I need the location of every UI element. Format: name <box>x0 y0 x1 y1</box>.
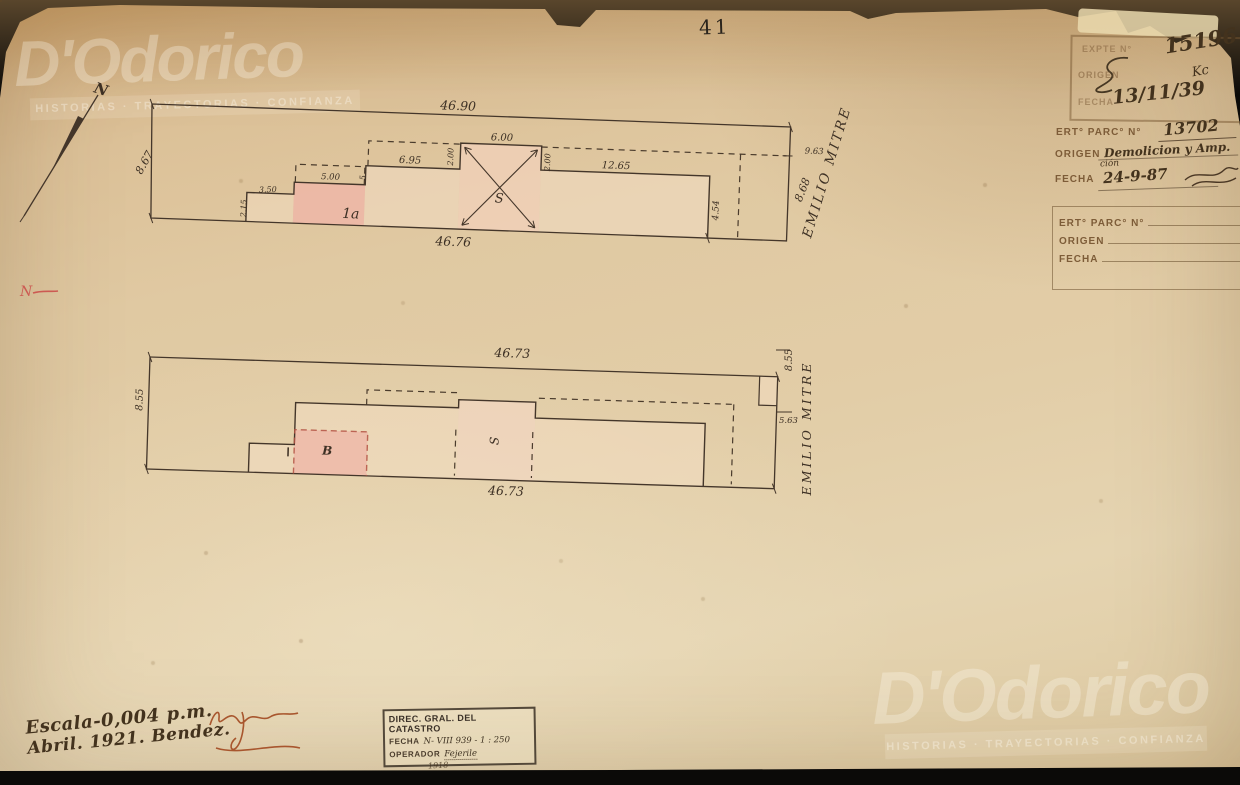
plan-drawing: N N <box>0 0 1240 785</box>
blank-number-label: ERT° PARC° N° <box>1059 218 1144 229</box>
lower-dim-top: 46.73 <box>493 345 530 361</box>
scanned-cadastral-plan: D'Odorico HISTORIAS · TRAYECTORIAS · CON… <box>0 0 1240 785</box>
entry-number-label: EXPTE N° <box>1082 44 1132 54</box>
red-n-dash <box>33 291 58 293</box>
upper-dim-s-left: 2.00 <box>446 148 456 167</box>
lower-plan: B S 46.73 46.73 8.55 <box>132 334 780 507</box>
upper-dim-room-width: 5.00 <box>321 172 341 183</box>
catastro-operador-value: Fejerile <box>444 749 477 761</box>
blank-origen-line <box>1108 233 1240 244</box>
red-margin-note: N <box>19 284 58 300</box>
lower-red-room-label: B <box>321 443 333 457</box>
upper-dim-s-right: 2.00 <box>543 153 553 172</box>
catastro-fecha-value: N- VIII 939 - 1 : 250 <box>424 735 510 747</box>
lower-dim-bottom: 46.73 <box>487 483 524 499</box>
upper-dim-step-height: 2.15 <box>239 199 249 218</box>
lower-dim-right: 8.55 <box>784 349 795 371</box>
upper-dim-step-width: 3.50 <box>259 185 277 195</box>
red-n-label: N <box>19 284 33 300</box>
upper-plan: 46.90 46.76 8.67 9.63 2.15 3.50 5.00 5 6… <box>130 86 825 262</box>
upper-dim-left: 8.67 <box>133 149 156 177</box>
upper-dim-long-width: 12.65 <box>602 160 631 172</box>
upper-dim-bottom: 46.76 <box>434 233 471 249</box>
north-arrow-feather <box>50 116 84 174</box>
upper-dim-top: 46.90 <box>439 97 476 113</box>
upper-street-label: EMILIO MITRE <box>799 104 855 241</box>
upper-red-room-label: 1a <box>342 206 360 223</box>
blank-stamp-box: ERT° PARC° N° ORIGEN FECHA <box>1052 206 1240 290</box>
lower-dim-right-small: 5.63 <box>779 416 798 426</box>
catastro-fecha-label: FECHA <box>389 737 420 747</box>
upper-s-room-label: S <box>495 191 505 206</box>
catastro-stamp-box: DIREC. GRAL. DEL CATASTRO FECHA N- VIII … <box>383 707 537 768</box>
parcel-fecha-label: FECHA <box>1055 174 1094 185</box>
upper-dim-s-width: 6.00 <box>491 132 514 144</box>
blank-fecha-label: FECHA <box>1059 254 1098 265</box>
blank-fecha-line <box>1102 251 1240 262</box>
entry-origen-label: ORIGEN <box>1078 70 1120 80</box>
catastro-title: DIREC. GRAL. DEL CATASTRO <box>389 712 530 734</box>
north-arrow: N <box>20 78 112 222</box>
catastro-operador-label: OPERADOR <box>389 749 440 759</box>
lower-dim-left: 8.55 <box>134 388 146 411</box>
upper-dim-mid-width: 6.95 <box>399 155 422 167</box>
blank-origen-label: ORIGEN <box>1059 236 1104 247</box>
parcel-number-label: ERT° PARC° N° <box>1056 127 1141 138</box>
parcel-origen-label: ORIGEN <box>1055 149 1100 160</box>
upper-dim-tiny: 5 <box>358 175 367 180</box>
north-label: N <box>91 78 112 100</box>
upper-dim-right-small: 9.63 <box>805 146 824 157</box>
lower-street-label: EMILIO MITRE <box>799 361 814 497</box>
entry-fecha-label: FECHA <box>1078 97 1114 107</box>
blank-number-line <box>1148 215 1240 226</box>
lower-s-room-label: S <box>487 437 501 446</box>
upper-dim-long-height: 4.54 <box>711 200 722 222</box>
catastro-note-below: 1918 <box>428 760 449 770</box>
